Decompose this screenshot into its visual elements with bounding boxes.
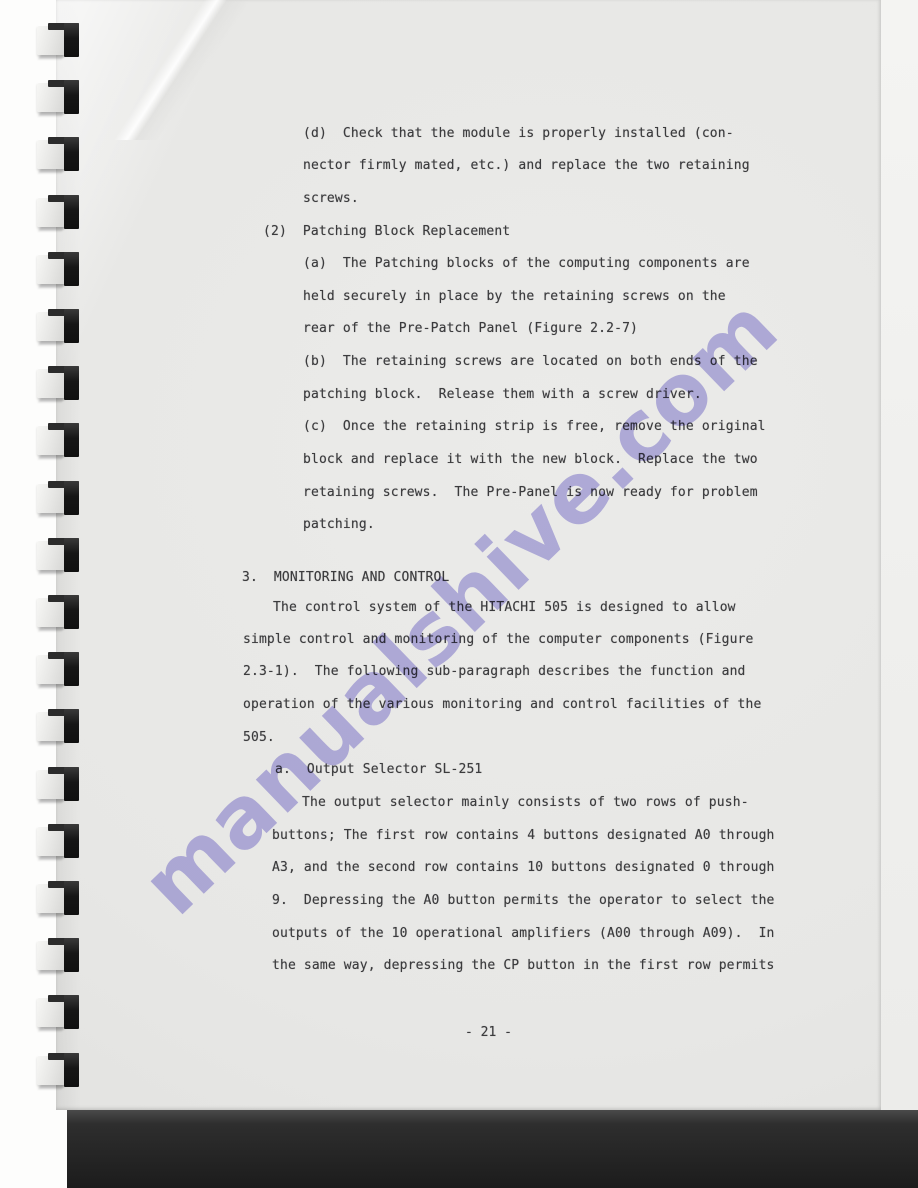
text-line: simple control and monitoring of the com…: [243, 632, 754, 648]
text-line: (d) Check that the module is properly in…: [303, 126, 734, 142]
binding-hole: [64, 595, 79, 629]
text-line: The control system of the HITACHI 505 is…: [273, 600, 736, 616]
binding-hole: [64, 652, 79, 686]
text-line: block and replace it with the new block.…: [303, 452, 758, 468]
binding-hole: [64, 824, 79, 858]
text-line: (2) Patching Block Replacement: [263, 224, 510, 240]
text-line: A3, and the second row contains 10 butto…: [272, 860, 775, 876]
binding-hole: [64, 80, 79, 114]
text-line: (b) The retaining screws are located on …: [303, 354, 758, 370]
binding-hole: [64, 881, 79, 915]
text-line: patching.: [303, 517, 375, 533]
binding-hole: [64, 481, 79, 515]
text-line: rear of the Pre-Patch Panel (Figure 2.2-…: [303, 321, 638, 337]
binding-hole: [64, 137, 79, 171]
text-line: the same way, depressing the CP button i…: [272, 958, 775, 974]
text-line: 505.: [243, 730, 275, 746]
text-line: buttons; The first row contains 4 button…: [272, 828, 775, 844]
scan-shadow-band: [67, 1110, 918, 1188]
binding-hole: [64, 709, 79, 743]
binding-hole: [64, 938, 79, 972]
scan-background-right-strip: [881, 0, 918, 1110]
binding-hole: [64, 23, 79, 57]
text-line: (c) Once the retaining strip is free, re…: [303, 419, 766, 435]
text-line: 2.3-1). The following sub-paragraph desc…: [243, 664, 746, 680]
text-line: operation of the various monitoring and …: [243, 697, 761, 713]
binding-hole: [64, 366, 79, 400]
text-line: patching block. Release them with a scre…: [303, 387, 702, 403]
binding-hole: [64, 995, 79, 1029]
binding-hole: [64, 423, 79, 457]
binding-hole: [64, 1053, 79, 1087]
text-line: 9. Depressing the A0 button permits the …: [272, 893, 775, 909]
text-line: The output selector mainly consists of t…: [302, 795, 749, 811]
binding-hole: [64, 767, 79, 801]
text-line: a. Output Selector SL-251: [275, 762, 482, 778]
text-line: nector firmly mated, etc.) and replace t…: [303, 158, 750, 174]
text-line: 3. MONITORING AND CONTROL: [242, 570, 449, 586]
text-line: held securely in place by the retaining …: [303, 289, 726, 305]
binding-hole: [64, 309, 79, 343]
text-line: outputs of the 10 operational amplifiers…: [272, 926, 775, 942]
binding-hole: [64, 252, 79, 286]
binding-hole: [64, 538, 79, 572]
text-line: (a) The Patching blocks of the computing…: [303, 256, 750, 272]
page-number: - 21 -: [465, 1025, 512, 1041]
text-line: screws.: [303, 191, 359, 207]
text-line: retaining screws. The Pre-Panel is now r…: [303, 485, 758, 501]
binding-hole: [64, 195, 79, 229]
